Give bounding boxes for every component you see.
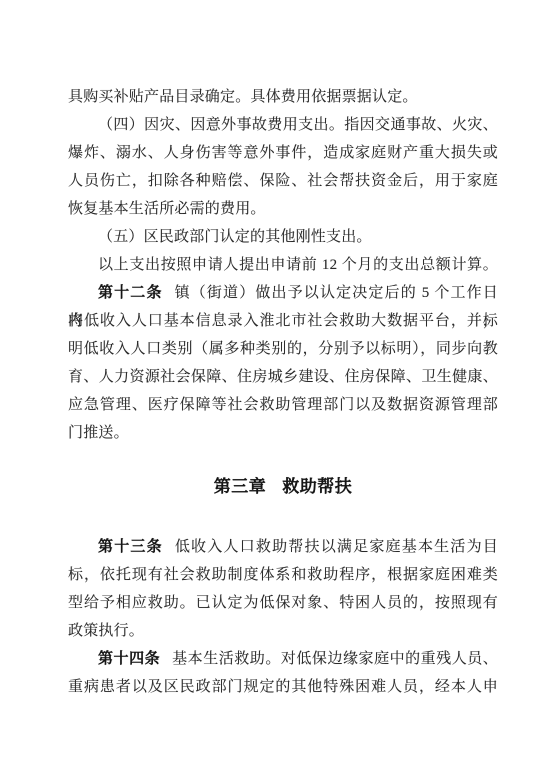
chapter-heading: 第三章救助帮扶 <box>68 473 498 501</box>
text-block: 具购买补贴产品目录确定。具体费用依据票据认定。 （四）因灾、因意外事故费用支出。… <box>68 83 498 701</box>
document-line: 以上支出按照申请人提出申请前 12 个月的支出总额计算。 <box>68 251 498 279</box>
document-line: （五）区民政部门认定的其他刚性支出。 <box>68 223 498 251</box>
article-number: 第十四条 <box>98 651 160 667</box>
document-line: 爆炸、溺水、人身伤害等意外事件，造成家庭财产重大损失或 <box>68 139 498 167</box>
chapter-title: 救助帮扶 <box>282 477 352 496</box>
document-line: 应急管理、医疗保障等社会救助管理部门以及数据资源管理部 <box>68 391 498 419</box>
document-line: 育、人力资源社会保障、住房城乡建设、住房保障、卫生健康、 <box>68 363 498 391</box>
document-page: 具购买补贴产品目录确定。具体费用依据票据认定。 （四）因灾、因意外事故费用支出。… <box>0 0 554 783</box>
document-line: 恢复基本生活所必需的费用。 <box>68 195 498 223</box>
chapter-number: 第三章 <box>214 477 267 496</box>
document-line: 明低收入人口类别（属多种类别的，分别予以标明），同步向教 <box>68 335 498 363</box>
document-line: 人员伤亡，扣除各种赔偿、保险、社会帮扶资金后，用于家庭 <box>68 167 498 195</box>
document-line: 重病患者以及区民政部门规定的其他特殊困难人员，经本人申 <box>68 673 498 701</box>
line-text: 低收入人口救助帮扶以满足家庭基本生活为目 <box>175 539 498 555</box>
article-number: 第十三条 <box>98 539 163 555</box>
document-line: （四）因灾、因意外事故费用支出。指因交通事故、火灾、 <box>68 111 498 139</box>
document-line: 具购买补贴产品目录确定。具体费用依据票据认定。 <box>68 83 498 111</box>
document-line: 第十四条基本生活救助。对低保边缘家庭中的重残人员、 <box>68 645 498 673</box>
document-line: 第十三条低收入人口救助帮扶以满足家庭基本生活为目 <box>68 533 498 561</box>
document-line: 政策执行。 <box>68 617 498 645</box>
document-line: 门推送。 <box>68 419 498 447</box>
document-line: 将低收入人口基本信息录入淮北市社会救助大数据平台，并标 <box>68 307 498 335</box>
line-text: 基本生活救助。对低保边缘家庭中的重残人员、 <box>172 651 498 667</box>
document-line: 标，依托现有社会救助制度体系和救助程序，根据家庭困难类 <box>68 561 498 589</box>
article-number: 第十二条 <box>98 285 163 301</box>
document-line: 第十二条镇（街道）做出予以认定决定后的 5 个工作日内， <box>68 279 498 307</box>
document-line: 型给予相应救助。已认定为低保对象、特困人员的，按照现有 <box>68 589 498 617</box>
